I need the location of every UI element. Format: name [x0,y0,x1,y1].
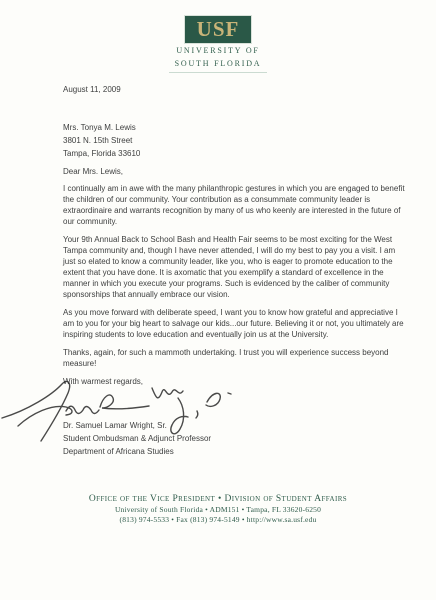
salutation: Dear Mrs. Lewis, [63,166,406,177]
signature-area [63,387,406,419]
signer-title: Student Ombudsman & Adjunct Professor [63,432,406,445]
paragraph-2: Your 9th Annual Back to School Bash and … [63,234,406,300]
paragraph-4: Thanks, again, for such a mammoth undert… [63,347,406,369]
letter-content: August 11, 2009 Mrs. Tonya M. Lewis 3801… [63,84,406,458]
university-name-line1: UNIVERSITY OF [169,46,267,56]
recipient-name: Mrs. Tonya M. Lewis [63,121,406,134]
usf-logo: USF UNIVERSITY OF SOUTH FLORIDA [169,16,267,73]
footer-address-line: University of South Florida • ADM151 • T… [0,505,436,515]
usf-logo-acronym: USF [197,19,240,40]
signature-block: Dr. Samuel Lamar Wright, Sr. Student Omb… [63,419,406,458]
paragraph-1: I continually am in awe with the many ph… [63,183,406,227]
logo-divider [169,72,267,73]
footer-contact-line: (813) 974-5533 • Fax (813) 974-5149 • ht… [0,515,436,525]
signer-department: Department of Africana Studies [63,445,406,458]
recipient-street: 3801 N. 15th Street [63,134,406,147]
footer-office-line: Office of the Vice President • Division … [0,494,436,505]
signer-name: Dr. Samuel Lamar Wright, Sr. [63,419,406,432]
paragraph-3: As you move forward with deliberate spee… [63,307,406,340]
recipient-address: Mrs. Tonya M. Lewis 3801 N. 15th Street … [63,121,406,160]
scanned-letter-page: USF UNIVERSITY OF SOUTH FLORIDA August 1… [0,0,436,600]
letter-date: August 11, 2009 [63,84,406,95]
university-name-line2: SOUTH FLORIDA [169,59,267,69]
closing-line: With warmest regards, [63,376,406,387]
letterhead-footer: Office of the Vice President • Division … [0,494,436,525]
recipient-city: Tampa, Florida 33610 [63,147,406,160]
usf-logo-box: USF [185,16,251,43]
